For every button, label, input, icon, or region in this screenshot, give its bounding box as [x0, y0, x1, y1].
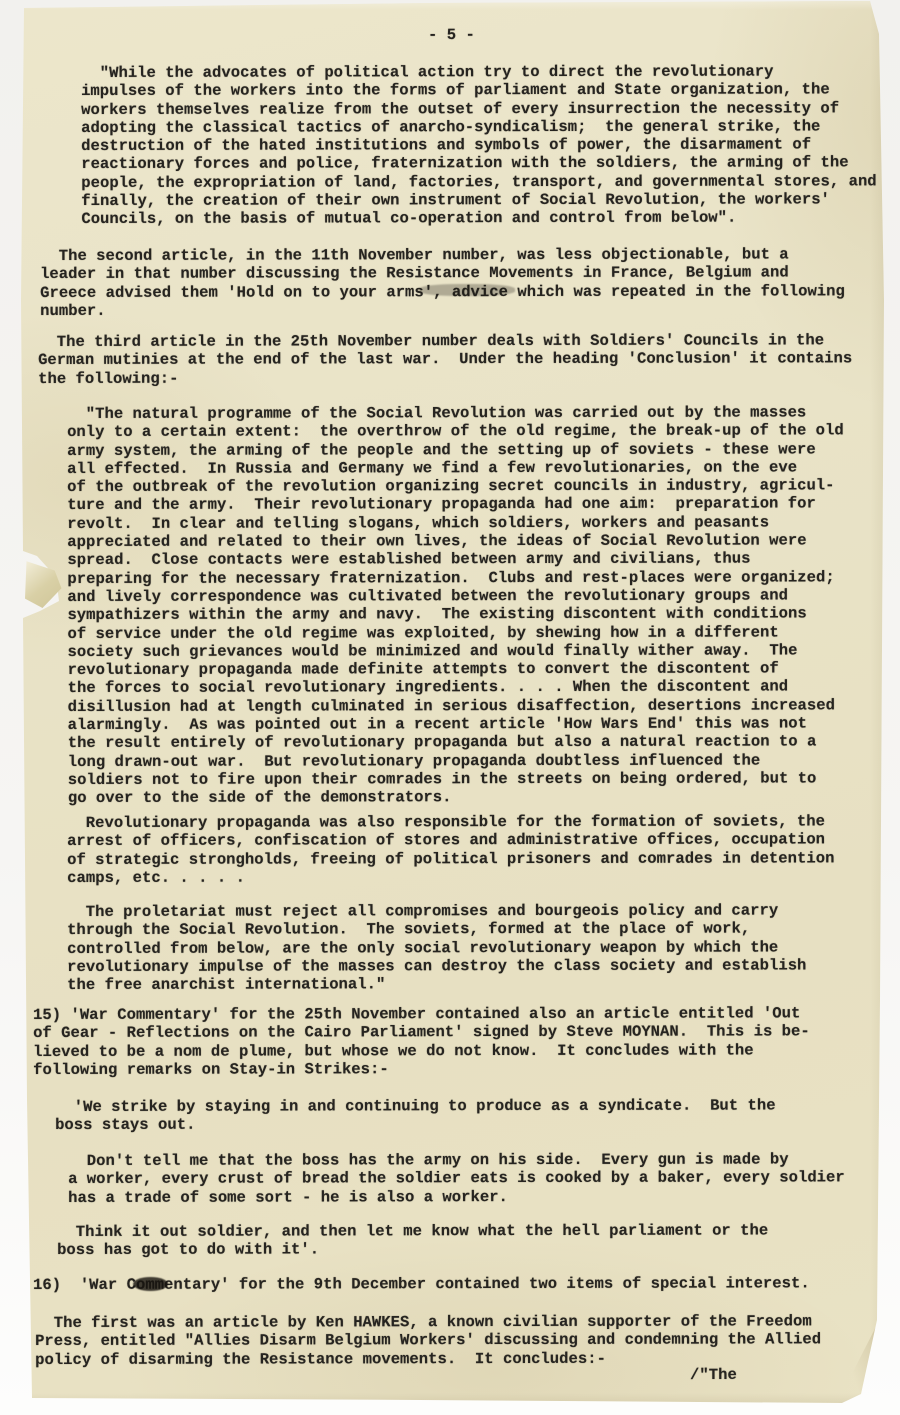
- quoted-passage-conclusion: "The natural programme of the Social Rev…: [67, 403, 845, 807]
- paragraph-third-article: The third article in the 25th November n…: [38, 331, 852, 388]
- scanned-document: - 5 - "While the advocates of political …: [0, 0, 900, 1415]
- paragraph-second-article: The second article, in the 11th November…: [40, 245, 845, 320]
- quoted-passage-programme: "While the advocates of political action…: [81, 62, 877, 228]
- numbered-item-16: 16) 'War Commentary' for the 9th Decembe…: [33, 1274, 810, 1294]
- catchword: /"The: [690, 1366, 737, 1384]
- numbered-item-15: 15) 'War Commentary' for the 25th Novemb…: [33, 1004, 810, 1079]
- quoted-passage-we-strike: 'We strike by staying in and continuing …: [55, 1096, 776, 1134]
- paragraph-hawkes-article: The first was an article by Ken HAWKES, …: [35, 1312, 821, 1369]
- quoted-passage-soviets: Revolutionary propaganda was also respon…: [67, 812, 834, 887]
- paper-fold-corner: [836, 1315, 882, 1405]
- quoted-passage-proletariat: The proletariat must reject all compromi…: [67, 901, 806, 994]
- quoted-passage-dont-tell: Don't tell me that the boss has the army…: [68, 1150, 845, 1207]
- quoted-passage-think: Think it out soldier, and then let me kn…: [57, 1222, 768, 1260]
- page-number: - 5 -: [428, 26, 475, 44]
